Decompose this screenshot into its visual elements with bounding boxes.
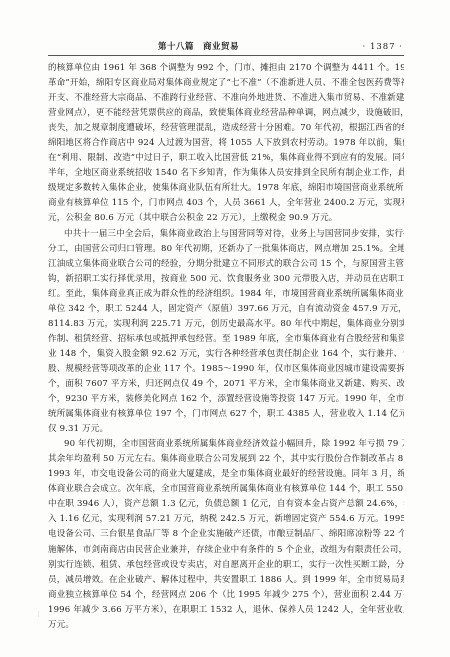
text-line: 革命”开始，绵阳专区商业局对集体商业规定了“七不准”（不准新进人员、不准全包医药… (48, 76, 404, 91)
text-line: 商业有核算单位 115 个，门市网点 403 个，人员 3661 人，全年营业 … (48, 196, 404, 211)
text-line: 电设备公司、三台银星食品厂等 8 个企业实施破产还债，市酿豆制品厂、绵阳席凉粉等… (48, 527, 404, 542)
text-line: 员，减员增效。在企业破产、解体过程中，共安置职工 1886 人。到 1999 年… (48, 573, 404, 588)
text-line: 体商业联合会成立。次年底，全市国营商业系统所属集体商业有核算单位 144 个，职… (48, 482, 404, 497)
paragraph-collective-commerce-history: 的核算单位由 1961 年 368 个调整为 992 个，门市、摊担由 2170… (48, 61, 404, 227)
text-line: 丧失，加之规章制度遭破坏，经营管理混乱，造成经营十分困难。70 年代初，根据江西… (48, 121, 404, 136)
paragraph-reform-period: 中共十一届三中全会后，集体商业政治上与国营同等对待，业务上与国营同步安排，实行按… (48, 227, 404, 438)
text-line: 钩，新招职工实行择优录用，按商业 500 元、饮食服务业 300 元带股入店，并… (48, 272, 404, 287)
text-line: 在“利用、限制、改造”中过日子，职工收入比国营低 21%，集体商业得不到应有的发… (48, 151, 404, 166)
text-line: 万元。 (48, 618, 404, 633)
text-line: 分工，由国营公司归口管理。80 年代初期，还新办了一批集体商店，网点增加 25.… (48, 242, 404, 257)
scan-artifact (38, 611, 39, 617)
text-line: 的核算单位由 1961 年 368 个调整为 992 个，门市、摊担由 2170… (48, 61, 404, 76)
text-line: 入 1.16 亿元，实现利润 57.21 万元，纳税 242.5 万元，新增固定… (48, 512, 404, 527)
text-line: 股、规模经营等项改革的企业 117 个。1985～1990 年，仅市区集体商业因… (48, 362, 404, 377)
text-line: 级规定多数转入集体企业，使集体商业队伍有所壮大。1978 年底，绵阳市境国营商业… (48, 181, 404, 196)
text-line: 别实行连锁、租赁、承包经营或设专卖店，对自愿离开企业的职工，实行一次性买断工龄，… (48, 558, 404, 573)
text-line: 1993 年，市交电设备公司的商业大厦建成，是全市集体商业最好的经营设施。同年 … (48, 467, 404, 482)
text-line: 施解体，市剑南商店由民营企业兼并，存续企业中有条件的 5 个企业，改组为有限责任… (48, 543, 404, 558)
document-page: 第十八篇 商业贸易 · 1387 · 的核算单位由 1961 年 368 个调整… (0, 0, 450, 657)
section-title: 第十八篇 商业贸易 (158, 40, 239, 54)
header-rule (48, 55, 404, 56)
text-line: 90 年代初期，全市国营商业系统所属集体商业经济效益小幅回升，除 1992 年亏… (48, 437, 404, 452)
text-line: 中在职 3946 人），资产总额 1.3 亿元，负债总额 1 亿元，自有资本金占… (48, 497, 404, 512)
text-line: 营业网点），更不能经营凭票供应的商品，致使集体商业经营品种单调，网点减少，设施破… (48, 106, 404, 121)
text-line: 商业独立核算单位 54 个，经营网点 206 个（比 1995 年减少 275 … (48, 588, 404, 603)
text-line: 作制、租赁经营、招标承包或抵押承包经营。至 1989 年底，全市集体商业有合股经… (48, 332, 404, 347)
body-text: 的核算单位由 1961 年 368 个调整为 992 个，门市、摊担由 2170… (48, 61, 404, 633)
text-line: 红。至此，集体商业真正成为群众性的经济组织。1984 年，市境国营商业系统所属集… (48, 287, 404, 302)
text-line: 统所属集体商业有核算单位 197 个，门市网点 627 个，职工 4385 人，… (48, 407, 404, 422)
text-line: 业 148 个，集资入股金额 92.62 万元，实行各种经营承包责任制企业 16… (48, 347, 404, 362)
text-line: 个，9230 平方米，装修美化网点 162 个，添置经营设施等投资 147 万元… (48, 392, 404, 407)
text-line: 1996 年减少 3.66 万平方米），在职职工 1532 人，退休、保养人员 … (48, 603, 404, 618)
text-line: 单位 342 个，职工 5244 人，固定资产（原值）397.66 万元，自有流… (48, 302, 404, 317)
text-line: 元，公积金 80.6 万元（其中联合公积金 22 万元），上缴税金 90.9 万… (48, 211, 404, 226)
text-line: 仅 9.31 万元。 (48, 422, 404, 437)
text-line: 8114.83 万元，实现利润 225.71 万元，创历史最高水平。80 年代中… (48, 317, 404, 332)
text-line: 个，面积 7607 平方米，归还网点仅 49 个，2071 平方米，全市集体商业… (48, 377, 404, 392)
text-line: 开支、不准经营大宗商品、不准跨行业经营、不准向外地进货、不准进入集市贸易、不准新… (48, 91, 404, 106)
paragraph-1990s-restructuring: 90 年代初期，全市国营商业系统所属集体商业经济效益小幅回升，除 1992 年亏… (48, 437, 404, 633)
text-line: 半年，全地区商业系统招收 1540 名下乡知青，作为集体人员安排到全民所有制企业… (48, 166, 404, 181)
running-header: 第十八篇 商业贸易 · 1387 · (48, 40, 403, 54)
text-line: 其余年均盈利 50 万元左右。集体商业联合公司发展到 22 个，其中实行股份合作… (48, 452, 404, 467)
page-number: · 1387 · (363, 40, 403, 54)
text-line: 江油成立集体商业联合公司的经验，分期分批建立不同形式的联合公司 15 个，与原国… (48, 257, 404, 272)
text-line: 中共十一届三中全会后，集体商业政治上与国营同等对待，业务上与国营同步安排，实行按… (48, 227, 404, 242)
text-line: 绵阳地区将合作商店中 924 人过渡为国营，将 1055 人下放到农村劳动。19… (48, 136, 404, 151)
